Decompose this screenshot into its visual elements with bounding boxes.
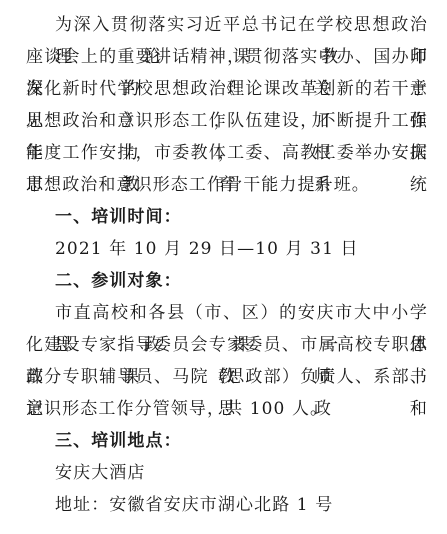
section-heading-location: 三、培训地点：	[26, 425, 428, 457]
venue-name: 安庆大酒店	[26, 457, 428, 489]
intro-line-4: 思想政治和意识形态工作队伍建设，不断提升工作能力，根据	[26, 105, 428, 137]
participants-line-1: 市直高校和各县（市、区）的安庆市大中小学思政课一体	[26, 297, 428, 329]
venue-address: 地址：安徽省安庆市湖心北路 1 号	[26, 489, 428, 521]
intro-line-2: 座谈会上的重要讲话精神，贯彻落实中办、国办印发的《关于	[26, 41, 428, 73]
participants-line-3: 部分专职辅导员、马院（思政部）负责人、系部书记、思政和	[26, 361, 428, 393]
intro-line-3: 深化新时代学校思想政治理论课改革创新的若干意见》，加强	[26, 73, 428, 105]
document-body: 为深入贯彻落实习近平总书记在学校思想政治理论课教师 座谈会上的重要讲话精神，贯彻…	[26, 9, 428, 521]
section-heading-training-time: 一、培训时间：	[26, 201, 428, 233]
intro-line-1: 为深入贯彻落实习近平总书记在学校思想政治理论课教师	[26, 9, 428, 41]
intro-line-5: 年度工作安排，市委教体工委、高教工委举办安庆市教育系统	[26, 137, 428, 169]
participants-line-2: 化建设专家指导委员会专家委员、市属高校专职思政课教师、	[26, 329, 428, 361]
intro-line-6: 思想政治和意识形态工作骨干能力提升班。	[26, 169, 428, 201]
section-heading-participants: 二、参训对象：	[26, 265, 428, 297]
training-time-value: 2021 年 10 月 29 日—10 月 31 日	[26, 233, 428, 265]
